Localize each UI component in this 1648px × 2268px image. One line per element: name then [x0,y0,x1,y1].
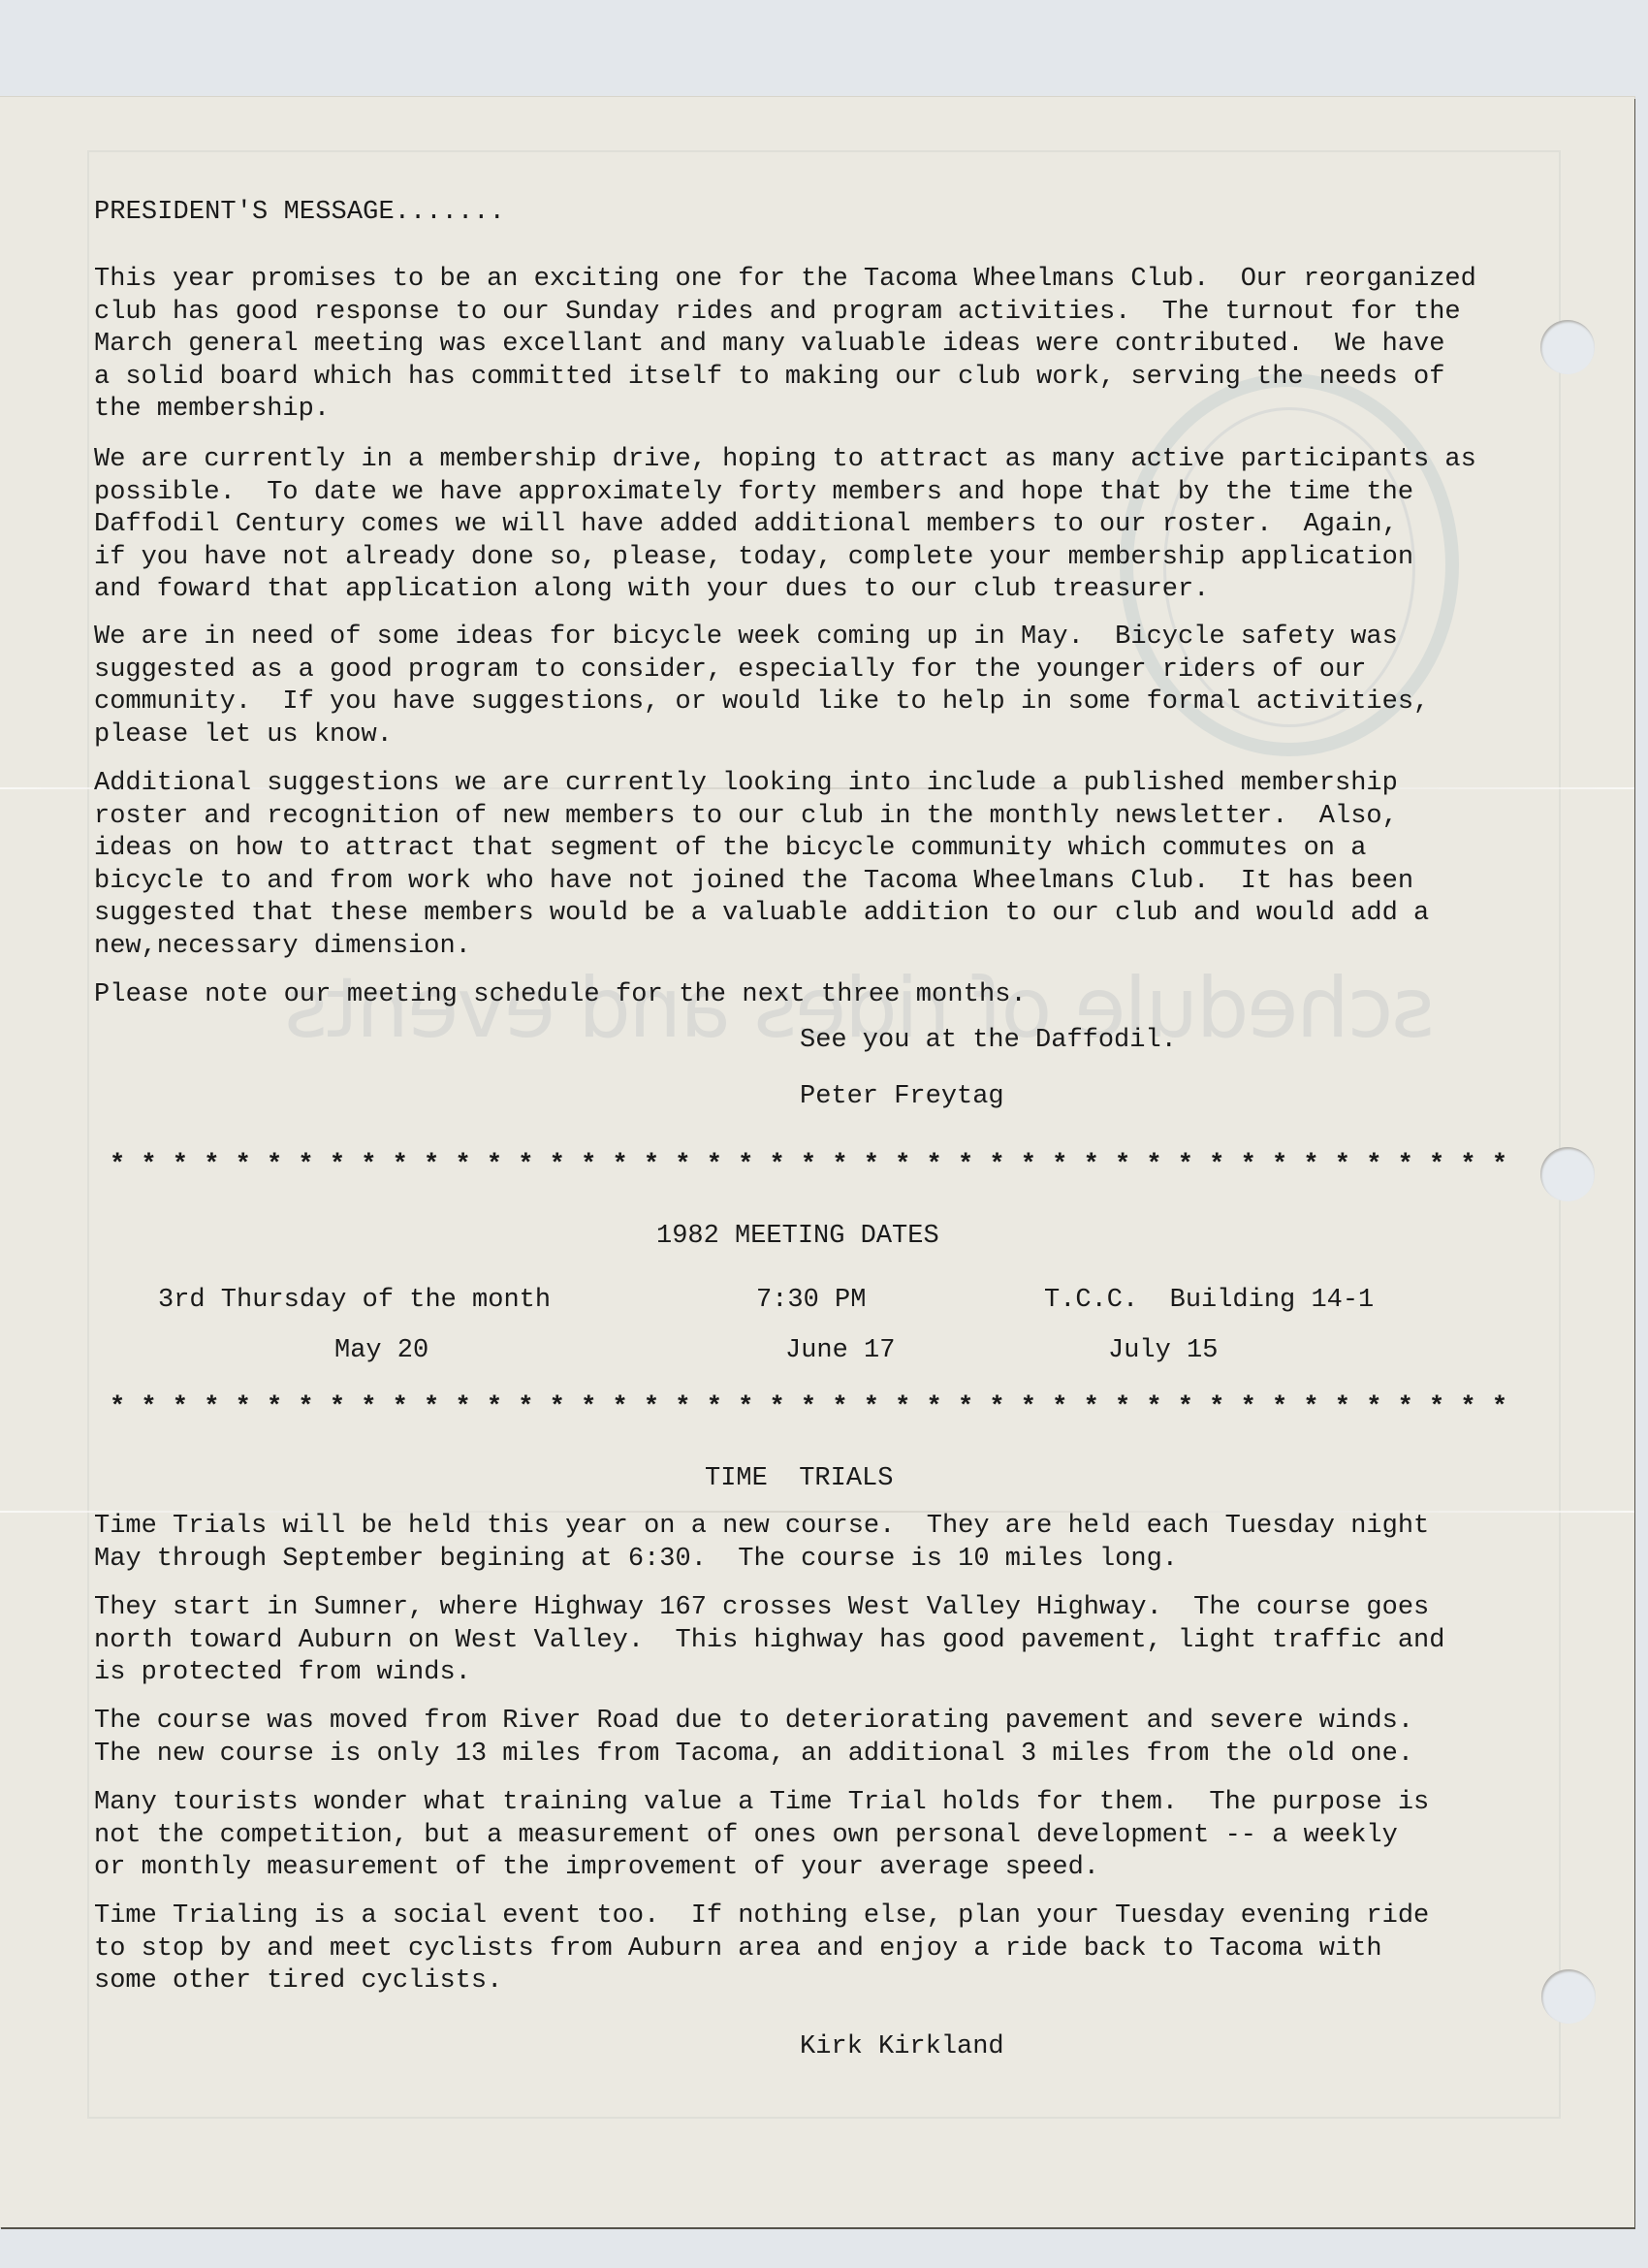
meeting-place: T.C.C. Building 14-1 [1044,1286,1374,1315]
closing-note: Please note our meeting schedule for the… [94,979,1027,1012]
text-line: the membership. [94,394,1476,427]
president-paragraph-4: Additional suggestions we are currently … [94,768,1429,963]
text-line: March general meeting was excellant and … [94,329,1476,362]
text-line: The course was moved from River Road due… [94,1706,1413,1739]
meeting-when: 3rd Thursday of the month [158,1286,551,1315]
text-line: community. If you have suggestions, or w… [94,687,1429,719]
meeting-date: July 15 [1108,1336,1218,1365]
meeting-time: 7:30 PM [756,1286,866,1315]
time-trials-paragraph-2: They start in Sumner, where Highway 167 … [94,1592,1444,1690]
time-trials-paragraph-4: Many tourists wonder what training value… [94,1787,1429,1885]
text-line: suggested that these members would be a … [94,898,1429,931]
text-line: club has good response to our Sunday rid… [94,297,1476,330]
meeting-date: June 17 [785,1336,895,1365]
president-message-heading: PRESIDENT'S MESSAGE....... [94,197,505,230]
text-line: Daffodil Century comes we will have adde… [94,509,1476,542]
text-line: They start in Sumner, where Highway 167 … [94,1592,1444,1625]
text-line: We are currently in a membership drive, … [94,444,1476,477]
time-trials-signature: Kirk Kirkland [800,2032,1004,2061]
meeting-dates-title: 1982 MEETING DATES [656,1222,939,1251]
text-line: suggested as a good program to consider,… [94,655,1429,687]
president-paragraph-1: This year promises to be an exciting one… [94,264,1476,427]
text-line: Time Trials will be held this year on a … [94,1511,1429,1544]
text-line: bicycle to and from work who have not jo… [94,866,1429,899]
text-line: new,necessary dimension. [94,931,1429,964]
time-trials-title: TIME TRIALS [705,1464,893,1493]
punch-hole-icon [1540,1147,1595,1201]
text-line: a solid board which has committed itself… [94,362,1476,395]
time-trials-paragraph-3: The course was moved from River Road due… [94,1706,1413,1771]
text-line: ideas on how to attract that segment of … [94,833,1429,866]
president-signature: Peter Freytag [800,1082,1004,1111]
text-line: Time Trialing is a social event too. If … [94,1901,1429,1933]
text-line: Many tourists wonder what training value… [94,1787,1429,1820]
asterisk-separator: * * * * * * * * * * * * * * * * * * * * … [110,1151,1507,1180]
text-line: Additional suggestions we are currently … [94,768,1429,801]
text-line: not the competition, but a measurement o… [94,1820,1429,1853]
text-line: some other tired cyclists. [94,1965,1429,1998]
sign-off: See you at the Daffodil. [800,1026,1177,1055]
asterisk-separator: * * * * * * * * * * * * * * * * * * * * … [110,1393,1507,1422]
time-trials-paragraph-1: Time Trials will be held this year on a … [94,1511,1429,1576]
text-line: We are in need of some ideas for bicycle… [94,622,1429,655]
punch-hole-icon [1541,1969,1596,2024]
text-line: May through September begining at 6:30. … [94,1544,1429,1577]
text-line: and foward that application along with y… [94,574,1476,607]
president-paragraph-2: We are currently in a membership drive, … [94,444,1476,607]
text-line: to stop by and meet cyclists from Auburn… [94,1933,1429,1966]
punch-hole-icon [1540,320,1595,374]
text-line: if you have not already done so, please,… [94,542,1476,575]
meeting-date: May 20 [334,1336,428,1365]
text-line: or monthly measurement of the improvemen… [94,1852,1429,1885]
text-line: This year promises to be an exciting one… [94,264,1476,297]
text-line: roster and recognition of new members to… [94,801,1429,834]
text-line: north toward Auburn on West Valley. This… [94,1625,1444,1658]
text-line: is protected from winds. [94,1657,1444,1690]
text-line: The new course is only 13 miles from Tac… [94,1739,1413,1772]
text-line: please let us know. [94,719,1429,752]
time-trials-paragraph-5: Time Trialing is a social event too. If … [94,1901,1429,1998]
text-line: possible. To date we have approximately … [94,477,1476,510]
president-paragraph-3: We are in need of some ideas for bicycle… [94,622,1429,751]
